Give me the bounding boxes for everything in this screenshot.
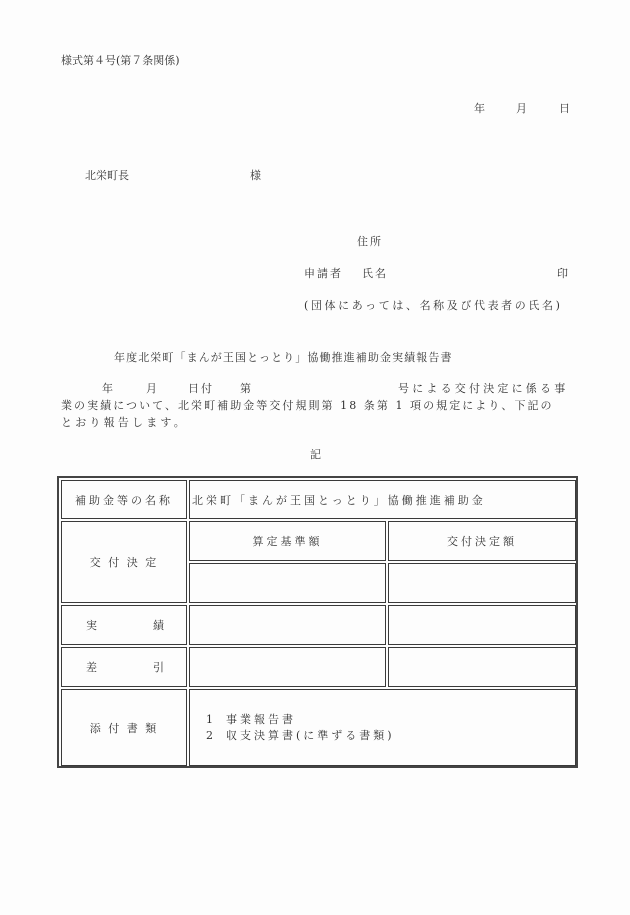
- grant-decision-label: 交 付 決 定: [61, 521, 187, 603]
- difference-grant-amount-field[interactable]: [388, 647, 576, 687]
- attachment-num: 1: [206, 712, 226, 728]
- grant-amount-field[interactable]: [388, 563, 576, 603]
- difference-label: 差 引: [61, 647, 187, 687]
- subsidy-name-value: 北栄町「まんが王国とっとり」協働推進補助金: [189, 480, 576, 519]
- difference-label-1: 差: [86, 659, 97, 675]
- report-table: 補助金等の名称 北栄町「まんが王国とっとり」協働推進補助金 交 付 決 定 算定…: [57, 476, 578, 768]
- attachment-text: 収支決算書(に準ずる書類): [226, 729, 395, 742]
- addressee-honorific: 様: [250, 167, 261, 183]
- col-header-grant-amount: 交付決定額: [388, 521, 576, 561]
- applicant-note: (団体にあっては、名称及び代表者の氏名): [304, 297, 562, 313]
- body-line3: とおり報告します。: [61, 414, 188, 430]
- difference-label-2: 引: [153, 659, 164, 675]
- subsidy-name-label: 補助金等の名称: [61, 480, 187, 519]
- results-label-2: 績: [153, 617, 164, 633]
- date-day-label: 日: [559, 100, 570, 116]
- date-month-label: 月: [516, 100, 527, 116]
- body-line2: 業の実績について、北栄町補助金等交付規則第 18 条第 1 項の規定により、下記…: [61, 397, 554, 413]
- form-number: 様式第４号(第７条関係): [61, 52, 180, 68]
- address-label: 住所: [357, 233, 383, 249]
- applicant-label: 申請者: [304, 265, 343, 281]
- document-title: 年度北栄町「まんが王国とっとり」協働推進補助金実績報告書: [114, 349, 453, 365]
- attachment-item: 2収支決算書(に準ずる書類): [206, 728, 395, 744]
- name-label: 氏名: [362, 265, 388, 281]
- ki-heading: 記: [310, 446, 321, 462]
- results-label: 実 績: [61, 605, 187, 645]
- attachment-item: 1事業報告書: [206, 712, 395, 728]
- body-month: 月: [146, 380, 157, 396]
- attachment-text: 事業報告書: [226, 713, 296, 726]
- difference-calc-base-field[interactable]: [189, 647, 386, 687]
- attachments-label: 添 付 書 類: [61, 689, 187, 766]
- addressee-title: 北栄町長: [85, 167, 129, 183]
- results-label-1: 実: [86, 617, 97, 633]
- seal-label: 印: [557, 265, 568, 281]
- attachment-num: 2: [206, 728, 226, 744]
- results-calc-base-field[interactable]: [189, 605, 386, 645]
- body-day: 日付: [188, 380, 214, 396]
- body-line1-rest: 号による交付決定に係る事: [398, 380, 568, 396]
- grant-calc-base-field[interactable]: [189, 563, 386, 603]
- results-grant-amount-field[interactable]: [388, 605, 576, 645]
- col-header-calc-base: 算定基準額: [189, 521, 386, 561]
- body-number: 第: [240, 380, 251, 396]
- body-year: 年: [102, 380, 113, 396]
- attachments-list: 1事業報告書 2収支決算書(に準ずる書類): [189, 689, 576, 766]
- date-year-label: 年: [474, 100, 485, 116]
